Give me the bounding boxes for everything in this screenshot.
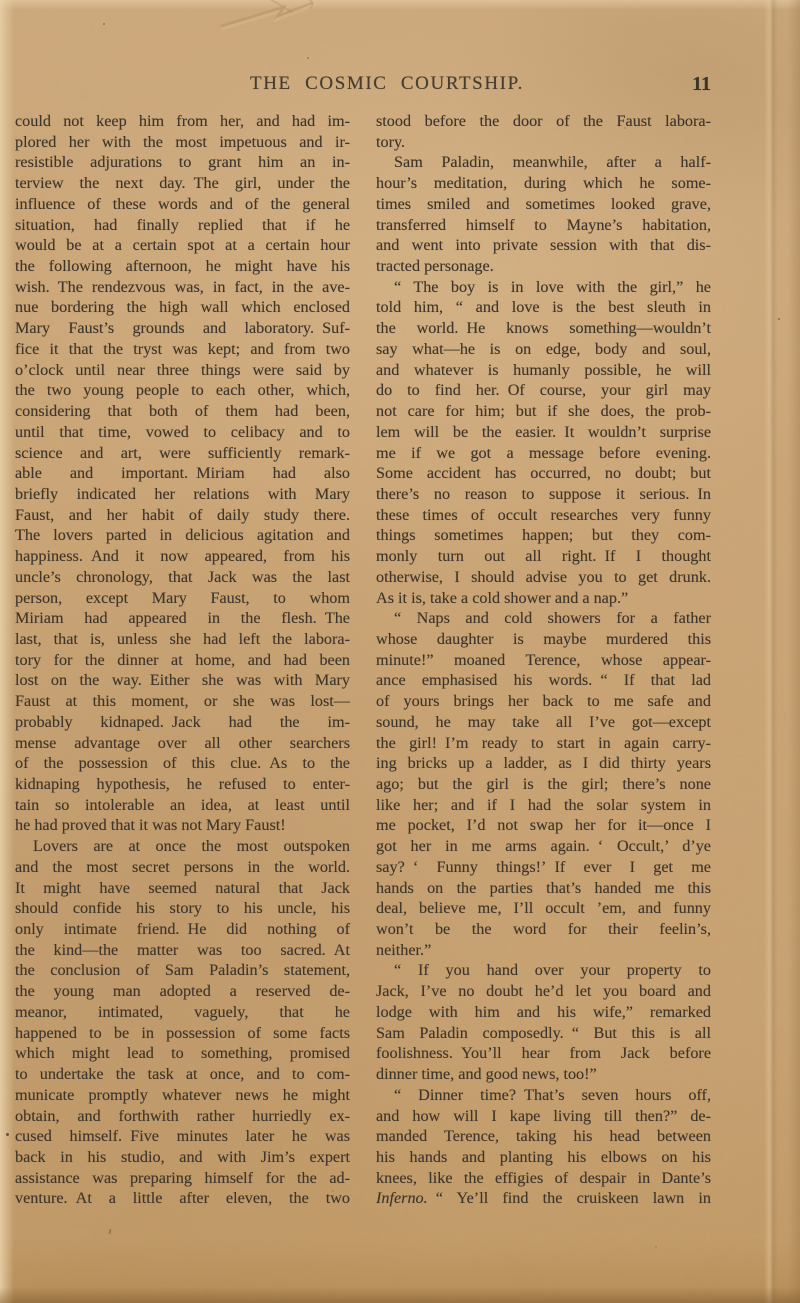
page-edge-bottom [0,1287,800,1303]
text-line: these times of occult researches very fu… [376,505,711,526]
text-line: of yours brings her back to me safe and [376,691,711,712]
text-line: lost on the way. Either she was with Mar… [15,670,350,691]
text-line: It might have seemed natural that Jack [15,878,350,899]
text-line: “ The boy is in love with the girl,” he [376,277,711,298]
text-line: whose daughter is maybe murdered this [376,629,711,650]
text-line: “ Dinner time? That’s seven hours off, [376,1085,711,1106]
text-line: wish. The rendezvous was, in fact, in th… [15,277,350,298]
text-line: things sometimes happen; but they com- [376,525,711,546]
text-line: knees, like the effigies of despair in D… [376,1168,711,1189]
text-line: lodge with him and his wife,” remarked [376,1002,711,1023]
text-line: considering that both of them had been, [15,401,350,422]
text-line: “ Naps and cold showers for a father [376,608,711,629]
text-line: times smiled and sometimes looked grave, [376,194,711,215]
text-line: As it is, take a cold shower and a nap.” [376,588,711,609]
running-title: THE COSMIC COURTSHIP. [39,71,735,97]
text-line: The lovers parted in delicious agitation… [15,525,350,546]
text-line: the following afternoon, he might have h… [15,256,350,277]
text-line: able and important. Miriam had also [15,463,350,484]
text-line: Lovers are at once the most outspoken [15,836,350,857]
text-line: told him, “ and love is the best sleuth … [376,297,711,318]
text-line: me if we got a message before evening. [376,443,711,464]
text-line: and whatever is humanly possible, he wil… [376,360,711,381]
text-line: dinner time, and good news, too!” [376,1064,711,1085]
text-line: happened to be in possession of some fac… [15,1023,350,1044]
text-line: Inferno. “ Ye’ll find the cruiskeen lawn… [376,1188,711,1209]
text-line: and went into private session with that … [376,235,711,256]
text-line: otherwise, I should advise you to get dr… [376,567,711,588]
text-line: Sam Paladin, meanwhile, after a half- [376,152,711,173]
text-line: “ If you hand over your property to [376,960,711,981]
text-line: his hands and planting his elbows on his [376,1147,711,1168]
text-line: there’s no reason to suppose it serious.… [376,484,711,505]
text-line: and how will I kape living till then?” d… [376,1106,711,1127]
text-line: hour’s meditation, during which he some- [376,173,711,194]
text-line: ago; but the girl is the girl; there’s n… [376,774,711,795]
column-left: could not keep him from her, and had im-… [15,111,350,1211]
text-line: to undertake the task at once, and to co… [15,1064,350,1085]
text-line: say what—he is on edge, body and soul, [376,339,711,360]
text-line: neither.” [376,940,711,961]
text-line: until that time, vowed to celibacy and t… [15,422,350,443]
text-line: situation, had finally replied that if h… [15,215,350,236]
text-line: the world. He knows something—wouldn’t [376,318,711,339]
print-artifact [108,1229,111,1234]
text-line: deal, believe me, I’ll occult ’em, and f… [376,898,711,919]
text-line: Faust, and her habit of daily study ther… [15,505,350,526]
text-line: won’t be the word for their feelin’s, [376,919,711,940]
text-line: Faust at this moment, or she was lost— [15,691,350,712]
text-line: fice it that the tryst was kept; and fro… [15,339,350,360]
text-line: monly turn out all right. If I thought [376,546,711,567]
text-line: which might lead to something, promised [15,1043,350,1064]
page-edge-left [0,0,14,1303]
page-header: THE COSMIC COURTSHIP. 11 [15,71,711,99]
text-line: the girl! I’m ready to start in again ca… [376,733,711,754]
text-line: should confide his story to his uncle, h… [15,898,350,919]
text-line: last, that is, unless she had left the l… [15,629,350,650]
text-line: Miriam had appeared in the flesh. The [15,608,350,629]
text-line: like her; and if I had the solar system … [376,795,711,816]
text-line: Some accident has occurred, no doubt; bu… [376,463,711,484]
text-line: got her in me arms again. ‘ Occult,’ d’y… [376,836,711,857]
text-line: only intimate friend. He did nothing of [15,919,350,940]
text-line: influence of these words and of the gene… [15,194,350,215]
text-line: venture. At a little after eleven, the t… [15,1188,350,1209]
book-page: THE COSMIC COURTSHIP. 11 could not keep … [0,0,800,1303]
text-line: happiness. And it now appeared, from his [15,546,350,567]
text-line: uncle’s chronology, that Jack was the la… [15,567,350,588]
page-number: 11 [692,71,711,97]
text-line: the two young people to each other, whic… [15,380,350,401]
text-line: person, except Mary Faust, to whom [15,588,350,609]
text-line: stood before the door of the Faust labor… [376,111,711,132]
text-line: Mary Faust’s grounds and laboratory. Suf… [15,318,350,339]
text-line: he had proved that it was not Mary Faust… [15,815,350,836]
text-line: manded Terence, taking his head between [376,1126,711,1147]
text-line: me pocket, I’d not swap her for it—once … [376,815,711,836]
text-line: back in his studio, and with Jim’s exper… [15,1147,350,1168]
text-line: meanor, intimated, vaguely, that he [15,1002,350,1023]
column-right: stood before the door of the Faust labor… [376,111,711,1211]
text-line: and the most secret persons in the world… [15,857,350,878]
text-line: say? ‘ Funny things!’ If ever I get me [376,857,711,878]
text-line: tracted personage. [376,256,711,277]
text-line: the kind—the matter was too sacred. At [15,940,350,961]
text-line: tain so intolerable an idea, at least un… [15,795,350,816]
text-line: ance emphasised his words. “ If that lad [376,670,711,691]
text-line: do to find her. Of course, your girl may [376,380,711,401]
text-line: hands on the parties that’s handed me th… [376,878,711,899]
page-edge-right [788,0,800,1303]
text-line: science and art, were sufficiently remar… [15,443,350,464]
text-line: briefly indicated her relations with Mar… [15,484,350,505]
text-line: municate promptly whatever news he might [15,1085,350,1106]
text-line: lem will be the easier. It wouldn’t surp… [376,422,711,443]
text-line: not care for him; but if she does, the p… [376,401,711,422]
text-line: the young man adopted a reserved de- [15,981,350,1002]
page-edge-top [0,0,800,10]
text-line: cused himself. Five minutes later he was [15,1126,350,1147]
text-line: obtain, and forthwith rather hurriedly e… [15,1106,350,1127]
print-artifact-dot [6,1133,9,1136]
text-line: tory for the dinner at home, and had bee… [15,650,350,671]
text-line: terview the next day. The girl, under th… [15,173,350,194]
text-line: mense advantage over all other searchers [15,733,350,754]
text-line: Jack, I’ve no doubt he’d let you board a… [376,981,711,1002]
paper-crease [764,0,778,1303]
text-line: probably kidnaped. Jack had the im- [15,712,350,733]
text-line: nue bordering the high wall which enclos… [15,297,350,318]
text-line: Sam Paladin composedly. “ But this is al… [376,1023,711,1044]
emboss-mark [212,0,352,38]
text-line: foolishness. You’ll hear from Jack befor… [376,1043,711,1064]
text-line: of the possession of this clue. As to th… [15,753,350,774]
text-line: tory. [376,132,711,153]
text-line: o’clock until near three things were sai… [15,360,350,381]
text-line: ing bricks up a ladder, as I did thirty … [376,753,711,774]
text-line: the conclusion of Sam Paladin’s statemen… [15,960,350,981]
text-line: transferred himself to Mayne’s habitatio… [376,215,711,236]
paper-specks [0,0,2,2]
text-line: plored her with the most impetuous and i… [15,132,350,153]
text-line: assistance was preparing himself for the… [15,1168,350,1189]
text-line: minute!” moaned Terence, whose appear- [376,650,711,671]
text-line: could not keep him from her, and had im- [15,111,350,132]
text-line: sound, he may take all I’ve got—except [376,712,711,733]
text-line: would be at a certain spot at a certain … [15,235,350,256]
text-line: resistible adjurations to grant him an i… [15,152,350,173]
text-line: kidnaping hypothesis, he refused to ente… [15,774,350,795]
